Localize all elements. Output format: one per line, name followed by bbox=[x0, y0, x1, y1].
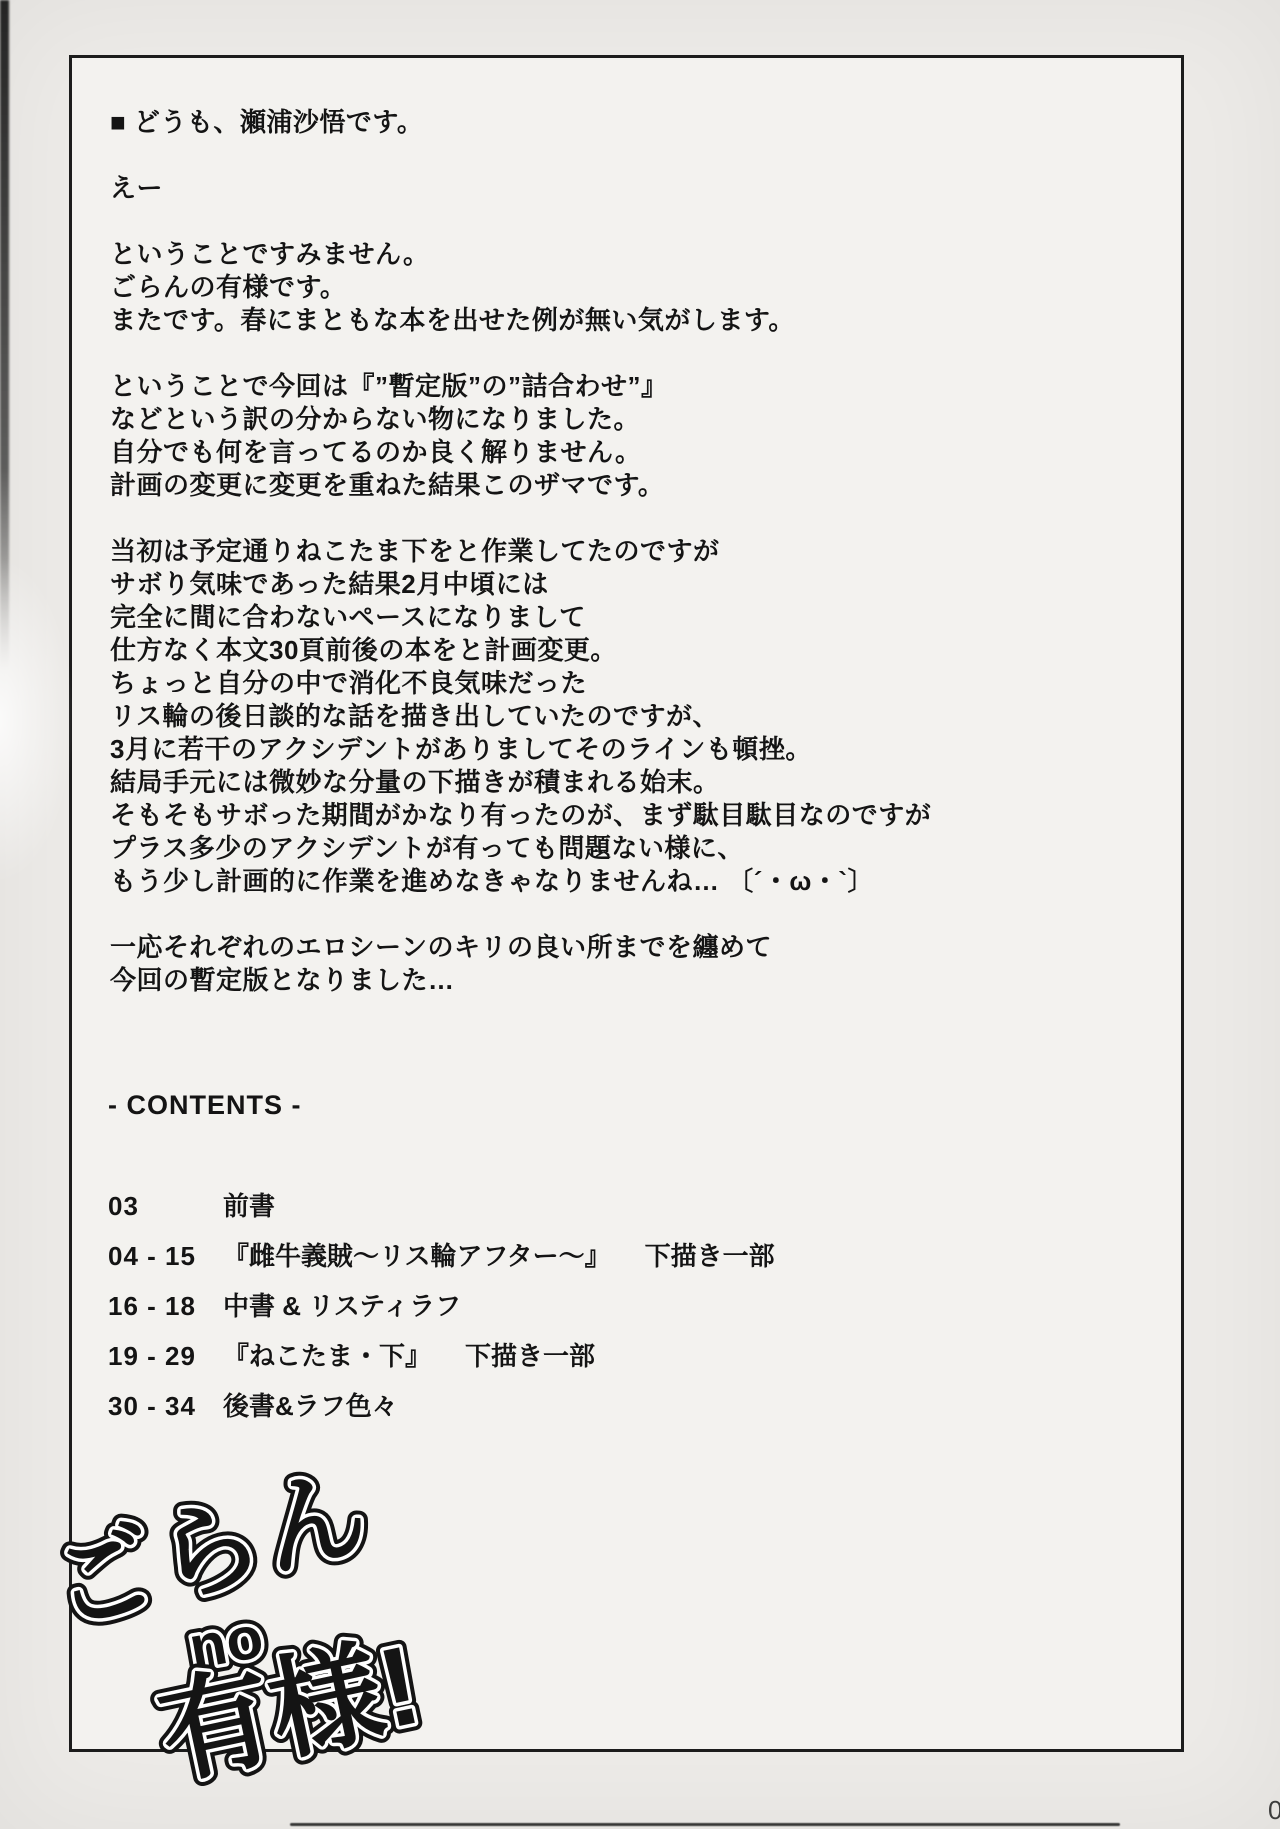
preface-line: もう少し計画的に作業を進めなきゃなりませんね… 〔´・ω・`〕 bbox=[110, 865, 931, 898]
preface-line: 完全に間に合わないペースになりまして bbox=[110, 601, 931, 634]
preface-line: サボり気味であった結果2月中頃には bbox=[110, 568, 931, 601]
preface-line: 今回の暫定版となりました… bbox=[110, 964, 931, 997]
preface-line: 一応それぞれのエロシーンのキリの良い所までを纏めて bbox=[110, 931, 931, 964]
toc-entry-title: 『雌牛義賊〜リス輪アフター〜』 bbox=[223, 1231, 611, 1281]
page-number: 0 bbox=[1268, 1795, 1280, 1826]
toc-entry-note: 下描き一部 bbox=[465, 1331, 595, 1381]
preface-line: えー bbox=[110, 172, 931, 205]
toc-entry-title: 中書 & リスティラフ bbox=[223, 1281, 461, 1331]
toc-entry-title: 前書 bbox=[223, 1181, 275, 1231]
preface-line: ちょっと自分の中で消化不良気味だった bbox=[110, 667, 931, 700]
blank-line bbox=[110, 502, 931, 535]
preface-line: プラス多少のアクシデントが有っても問題ない様に、 bbox=[110, 832, 931, 865]
toc-entry: 16 - 18中書 & リスティラフ bbox=[108, 1281, 775, 1331]
preface-line: ■ どうも、瀬浦沙悟です。 bbox=[110, 106, 931, 139]
preface-text: ■ どうも、瀬浦沙悟です。えーということですみません。ごらんの有様です。またです… bbox=[110, 106, 931, 997]
blank-line bbox=[110, 337, 931, 370]
toc-entry-pages: 16 - 18 bbox=[108, 1281, 223, 1331]
toc-entry-note: 下描き一部 bbox=[645, 1231, 775, 1281]
preface-line: ごらんの有様です。 bbox=[110, 271, 931, 304]
preface-line: 計画の変更に変更を重ねた結果このザマです。 bbox=[110, 469, 931, 502]
scan-bottom-edge bbox=[290, 1823, 1120, 1826]
preface-line: リス輪の後日談的な話を描き出していたのですが、 bbox=[110, 700, 931, 733]
preface-line: 自分でも何を言ってるのか良く解りません。 bbox=[110, 436, 931, 469]
preface-line: ということですみません。 bbox=[110, 238, 931, 271]
preface-line: そもそもサボった期間がかなり有ったのが、まず駄目駄目なのですが bbox=[110, 799, 931, 832]
blank-line bbox=[110, 139, 931, 172]
preface-line: 3月に若干のアクシデントがありましてそのラインも頓挫。 bbox=[110, 733, 931, 766]
preface-line: などという訳の分からない物になりました。 bbox=[110, 403, 931, 436]
goran-no-arisama-logo: ごらん ごらん no no 有様! 有様! bbox=[15, 1390, 575, 1829]
toc-entry-pages: 03 bbox=[108, 1181, 223, 1231]
toc-entry: 03前書 bbox=[108, 1181, 775, 1231]
scanned-page: ■ どうも、瀬浦沙悟です。えーということですみません。ごらんの有様です。またです… bbox=[0, 0, 1280, 1829]
toc-entry-pages: 04 - 15 bbox=[108, 1231, 223, 1281]
toc-entry-pages: 19 - 29 bbox=[108, 1331, 223, 1381]
preface-line: ということで今回は『”暫定版”の”詰合わせ”』 bbox=[110, 370, 931, 403]
preface-line: 結局手元には微妙な分量の下描きが積まれる始末。 bbox=[110, 766, 931, 799]
contents-heading: - CONTENTS - bbox=[108, 1090, 302, 1121]
blank-line bbox=[110, 205, 931, 238]
preface-line: 当初は予定通りねこたま下をと作業してたのですが bbox=[110, 535, 931, 568]
toc-entry: 19 - 29『ねこたま・下』下描き一部 bbox=[108, 1331, 775, 1381]
blank-line bbox=[110, 898, 931, 931]
preface-line: またです。春にまともな本を出せた例が無い気がします。 bbox=[110, 304, 931, 337]
scan-curl-highlight bbox=[0, 555, 75, 885]
preface-line: 仕方なく本文30頁前後の本をと計画変更。 bbox=[110, 634, 931, 667]
toc-entry: 04 - 15『雌牛義賊〜リス輪アフター〜』下描き一部 bbox=[108, 1231, 775, 1281]
toc-entry-title: 『ねこたま・下』 bbox=[223, 1331, 431, 1381]
